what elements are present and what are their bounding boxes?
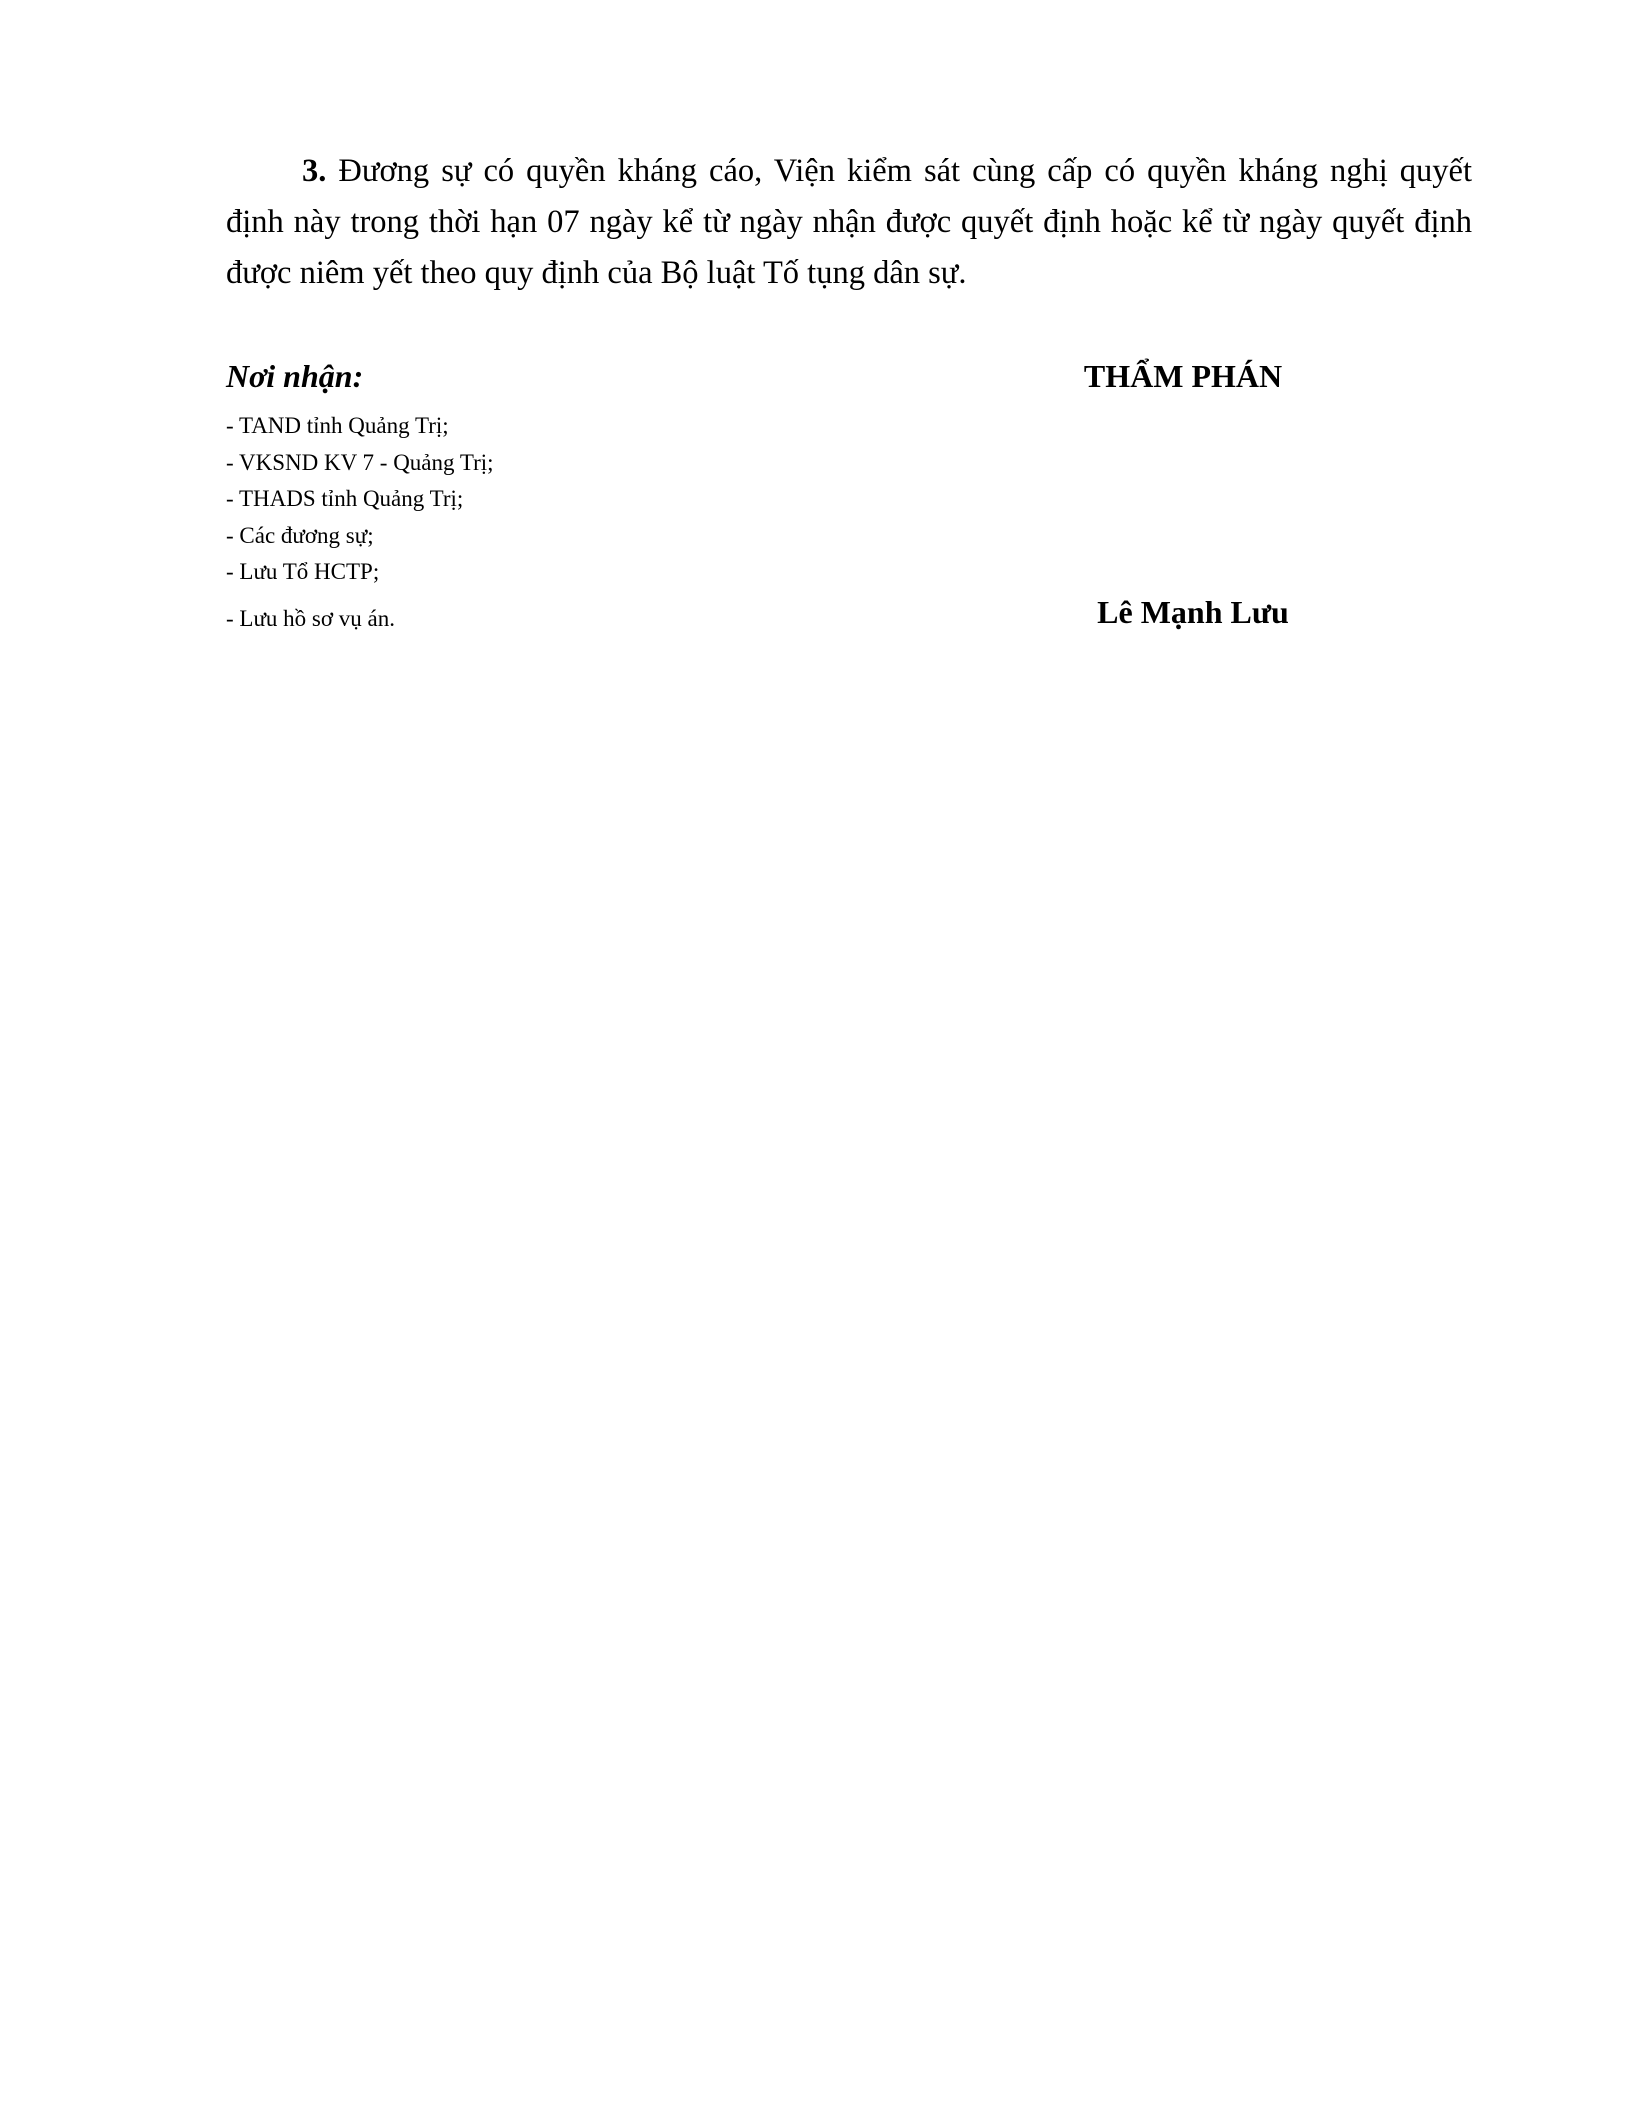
recipient-item: - Các đương sự; xyxy=(226,518,494,555)
recipient-item: - TAND tỉnh Quảng Trị; xyxy=(226,408,494,445)
signer-name: Lê Mạnh Lưu xyxy=(1073,592,1313,632)
recipient-item: - THADS tỉnh Quảng Trị; xyxy=(226,481,494,518)
recipient-item: - VKSND KV 7 - Quảng Trị; xyxy=(226,445,494,482)
signer-title: THẨM PHÁN xyxy=(1063,356,1303,396)
paragraph-number: 3. xyxy=(302,153,326,189)
recipients-list: - TAND tỉnh Quảng Trị; - VKSND KV 7 - Qu… xyxy=(226,408,494,637)
recipient-item: - Lưu Tổ HCTP; xyxy=(226,554,494,591)
recipient-item: - Lưu hồ sơ vụ án. xyxy=(226,601,494,638)
recipients-title: Nơi nhận: xyxy=(226,356,363,396)
paragraph-text: Đương sự có quyền kháng cáo, Viện kiểm s… xyxy=(226,153,1472,291)
appeal-rights-paragraph: 3. Đương sự có quyền kháng cáo, Viện kiể… xyxy=(226,146,1472,299)
